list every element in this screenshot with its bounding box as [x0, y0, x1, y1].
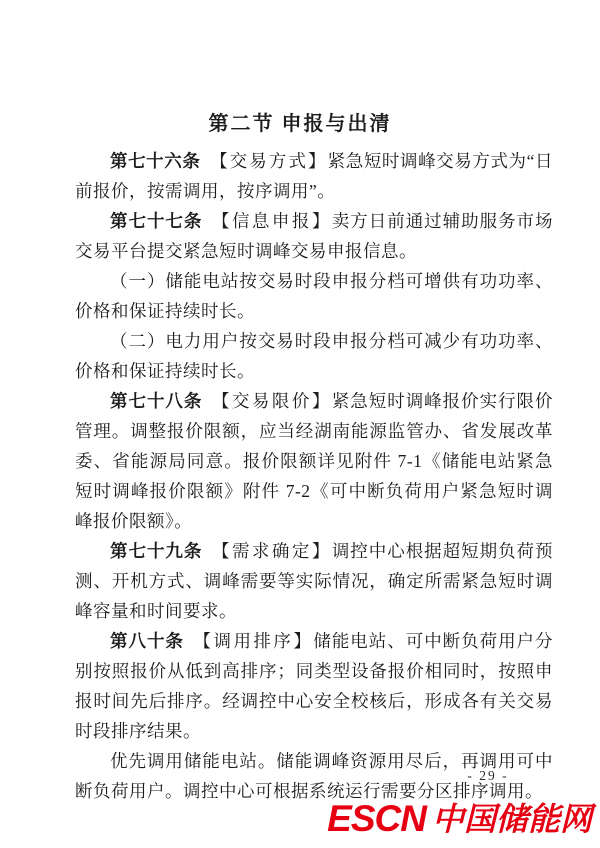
paragraph: （一）储能电站按交易时段申报分档可增供有功功率、价格和保证持续时长。: [75, 266, 553, 326]
article-number: 第七十七条: [110, 211, 202, 231]
article-number: 第七十六条: [110, 151, 200, 171]
paragraph: （二）电力用户按交易时段申报分档可减少有功功率、价格和保证持续时长。: [75, 326, 553, 386]
section-title: 第二节 申报与出清: [0, 110, 600, 138]
paragraph-text: 紧急短时调峰报价实行限价管理。调整报价限额，应当经湖南能源监管办、省发展改革委、…: [75, 391, 553, 531]
article-tag: 【交易方式】: [210, 151, 328, 171]
article-number: 第八十条: [110, 631, 184, 651]
paragraph: 第七十九条【需求确定】调控中心根据超短期负荷预测、开机方式、调峰需要等实际情况，…: [75, 536, 553, 626]
paragraph-text: （一）储能电站按交易时段申报分档可增供有功功率、价格和保证持续时长。: [75, 271, 553, 321]
document-page: 第二节 申报与出清 第七十六条【交易方式】紧急短时调峰交易方式为“日前报价，按需…: [0, 0, 600, 848]
article-number: 第七十九条: [110, 541, 202, 561]
article-tag: 【交易限价】: [212, 391, 332, 411]
paragraph-text: （二）电力用户按交易时段申报分档可减少有功功率、价格和保证持续时长。: [75, 331, 553, 381]
article-tag: 【调用排序】: [194, 631, 314, 651]
paragraph: 第七十六条【交易方式】紧急短时调峰交易方式为“日前报价，按需调用，按序调用”。: [75, 146, 553, 206]
article-tag: 【需求确定】: [212, 541, 332, 561]
article-number: 第七十八条: [110, 391, 202, 411]
document-body: 第七十六条【交易方式】紧急短时调峰交易方式为“日前报价，按需调用，按序调用”。 …: [75, 146, 553, 806]
paragraph: 第七十七条【信息申报】卖方日前通过辅助服务市场交易平台提交紧急短时调峰交易申报信…: [75, 206, 553, 266]
paragraph: 第七十八条【交易限价】紧急短时调峰报价实行限价管理。调整报价限额，应当经湖南能源…: [75, 386, 553, 536]
article-tag: 【信息申报】: [212, 211, 332, 231]
paragraph: 第八十条【调用排序】储能电站、可中断负荷用户分别按照报价从低到高排序；同类型设备…: [75, 626, 553, 746]
escn-watermark-logo: ESCN 中国储能网: [327, 799, 592, 839]
escn-logo-cjk-text: 中国储能网: [432, 799, 592, 839]
page-number: - 29 -: [448, 768, 528, 784]
escn-logo-text: ESCN: [327, 799, 426, 839]
